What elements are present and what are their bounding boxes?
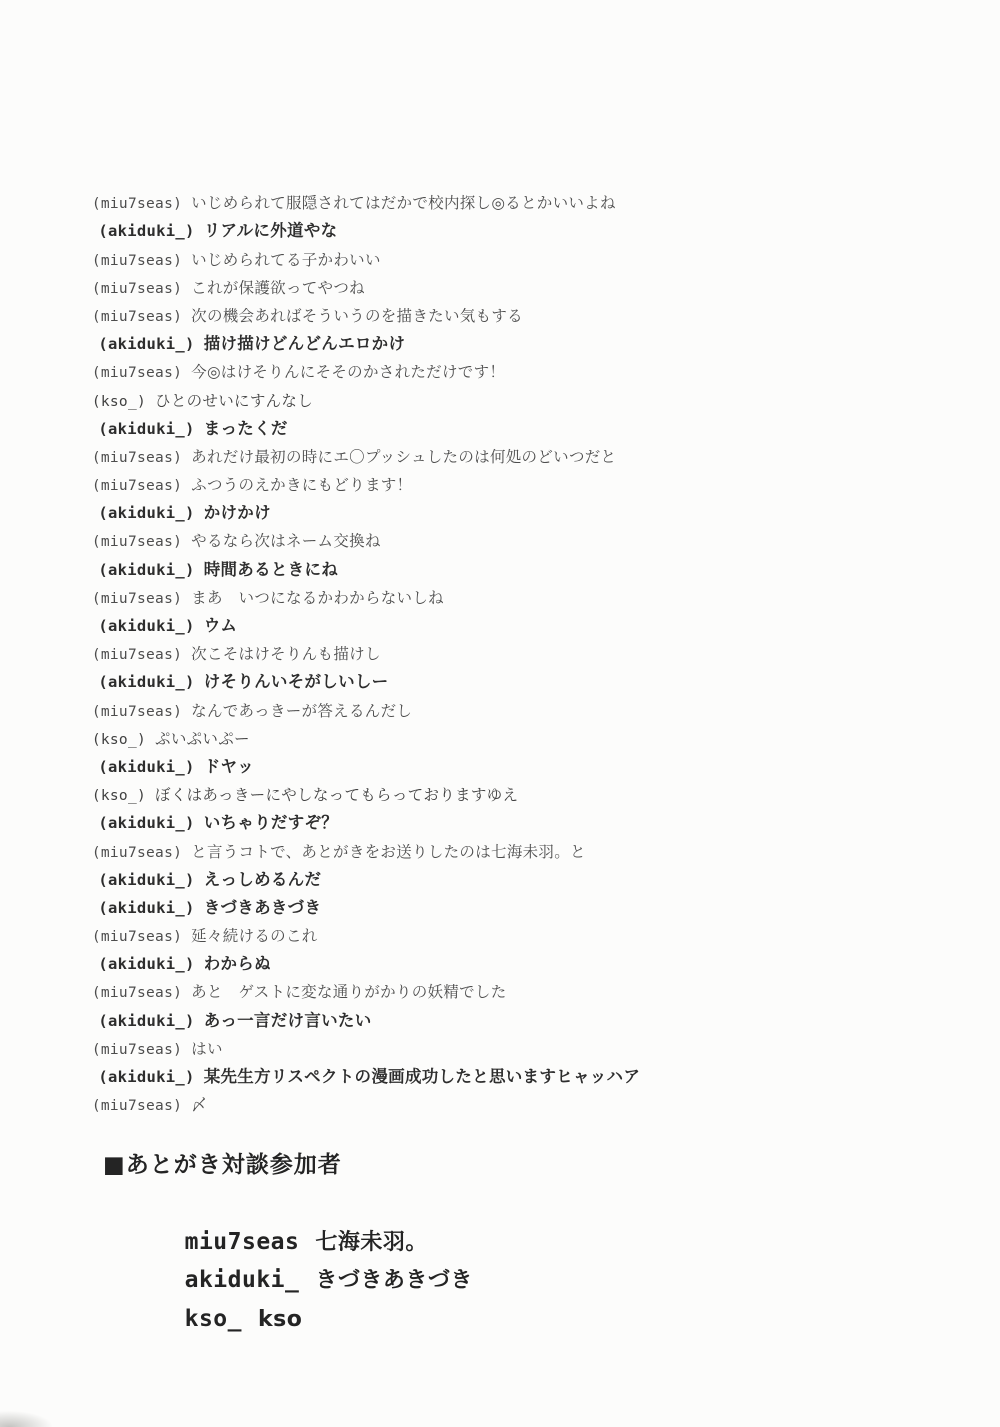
- speaker-handle: (akiduki_): [98, 809, 194, 837]
- scan-smudge: [0, 1411, 52, 1427]
- message-text: ぷいぷいぷー: [155, 730, 250, 748]
- message-text: 描け描けどんどんエロかけ: [204, 334, 406, 353]
- message-text: ぼくはあっきーにやしなってもらっておりますゆえ: [155, 786, 518, 804]
- participant-handle: miu7seas: [185, 1223, 300, 1262]
- speaker-handle: (akiduki_): [98, 415, 194, 443]
- speaker-handle: (akiduki_): [98, 950, 194, 978]
- speaker-handle: (miu7seas): [92, 190, 182, 218]
- message-text: 某先生方リスペクトの漫画成功したと思いますヒャッハア: [204, 1067, 640, 1086]
- speaker-handle: (miu7seas): [92, 444, 182, 472]
- credits-heading: ■あとがき対談参加者: [103, 1146, 473, 1184]
- chat-line: (miu7seas)いじめられて服隠されてはだかで校内探し◎るとかいいよね: [50, 161, 950, 189]
- speaker-handle: (miu7seas): [92, 585, 182, 613]
- message-text: あっ一言だけ言いたい: [204, 1011, 372, 1030]
- speaker-handle: (akiduki_): [98, 612, 194, 640]
- message-text: まあ いつになるかわからないしね: [191, 589, 444, 607]
- message-text: はい: [191, 1040, 223, 1058]
- message-text: これが保護欲ってやつね: [191, 279, 365, 297]
- message-text: あれだけ最初の時にエ〇プッシュしたのは何処のどいつだと: [191, 448, 616, 466]
- message-text: いじめられてる子かわいい: [191, 251, 381, 269]
- speaker-handle: (miu7seas): [92, 359, 182, 387]
- participant-handle: kso_: [185, 1300, 242, 1339]
- message-text: ドヤッ: [204, 757, 254, 776]
- speaker-handle: (kso_): [92, 388, 146, 416]
- speaker-handle: (miu7seas): [92, 839, 182, 867]
- speaker-handle: (miu7seas): [92, 1036, 182, 1064]
- speaker-handle: (miu7seas): [92, 528, 182, 556]
- message-text: いちゃりだすぞ？: [204, 813, 338, 832]
- speaker-handle: (miu7seas): [92, 247, 182, 275]
- message-text: かけかけ: [204, 503, 271, 522]
- participant-handle: akiduki_: [185, 1261, 300, 1300]
- participant-name: kso: [258, 1307, 302, 1332]
- speaker-handle: (akiduki_): [98, 866, 194, 894]
- speaker-handle: (akiduki_): [98, 1007, 194, 1035]
- message-text: 時間あるときにね: [204, 560, 338, 579]
- speaker-handle: (akiduki_): [98, 330, 194, 358]
- message-text: あと ゲストに変な通りがかりの妖精でした: [191, 983, 506, 1001]
- message-text: ひとのせいにすんなし: [155, 392, 313, 410]
- speaker-handle: (miu7seas): [92, 923, 182, 951]
- speaker-handle: (kso_): [92, 726, 146, 754]
- message-text: わからぬ: [204, 954, 271, 973]
- message-text: ウム: [204, 616, 237, 635]
- participant-name: 七海未羽。: [315, 1230, 428, 1255]
- speaker-handle: (miu7seas): [92, 275, 182, 303]
- message-text: えっしめるんだ: [204, 870, 322, 889]
- scanned-afterword-page: (miu7seas)いじめられて服隠されてはだかで校内探し◎るとかいいよね (a…: [0, 0, 1000, 1427]
- speaker-handle: (kso_): [92, 782, 146, 810]
- message-text: きづきあきづき: [204, 898, 322, 917]
- speaker-handle: (akiduki_): [98, 556, 194, 584]
- message-text: 〆: [191, 1096, 207, 1114]
- speaker-handle: (akiduki_): [98, 894, 194, 922]
- message-text: まったくだ: [204, 419, 288, 438]
- message-text: ふつうのえかきにもどります！: [191, 476, 412, 494]
- speaker-handle: (akiduki_): [98, 753, 194, 781]
- speaker-handle: (akiduki_): [98, 668, 194, 696]
- speaker-handle: (miu7seas): [92, 979, 182, 1007]
- message-text: と言うコトで、あとがきをお送りしたのは七海未羽。と: [191, 843, 586, 861]
- message-text: やるなら次はネーム交換ね: [191, 532, 381, 550]
- message-text: 次の機会あればそういうのを描きたい気もする: [191, 307, 523, 325]
- speaker-handle: (miu7seas): [92, 303, 182, 331]
- speaker-handle: (miu7seas): [92, 698, 182, 726]
- message-text: なんであっきーが答えるんだし: [191, 702, 412, 720]
- participant-name: きづきあきづき: [315, 1268, 473, 1293]
- chat-log: (miu7seas)いじめられて服隠されてはだかで校内探し◎るとかいいよね (a…: [50, 161, 950, 1091]
- message-text: 次こそはけそりんも描けし: [191, 645, 381, 663]
- speaker-handle: (akiduki_): [98, 217, 194, 245]
- speaker-handle: (akiduki_): [98, 499, 194, 527]
- message-text: 今◎はけそりんにそそのかされただけです！: [191, 363, 505, 381]
- credits-list: miu7seas七海未羽。 akiduki_きづきあきづき kso_kso: [103, 1184, 473, 1300]
- speaker-handle: (akiduki_): [98, 1063, 194, 1091]
- message-text: けそりんいそがしいしー: [204, 672, 389, 691]
- message-text: 延々続けるのこれ: [191, 927, 317, 945]
- speaker-handle: (miu7seas): [92, 472, 182, 500]
- credits-section: ■あとがき対談参加者 miu7seas七海未羽。 akiduki_きづきあきづき…: [103, 1146, 473, 1300]
- speaker-handle: (miu7seas): [92, 1092, 182, 1120]
- message-text: リアルに外道やな: [204, 221, 338, 240]
- credits-row: miu7seas七海未羽。: [103, 1184, 473, 1223]
- speaker-handle: (miu7seas): [92, 641, 182, 669]
- message-text: いじめられて服隠されてはだかで校内探し◎るとかいいよね: [191, 194, 616, 212]
